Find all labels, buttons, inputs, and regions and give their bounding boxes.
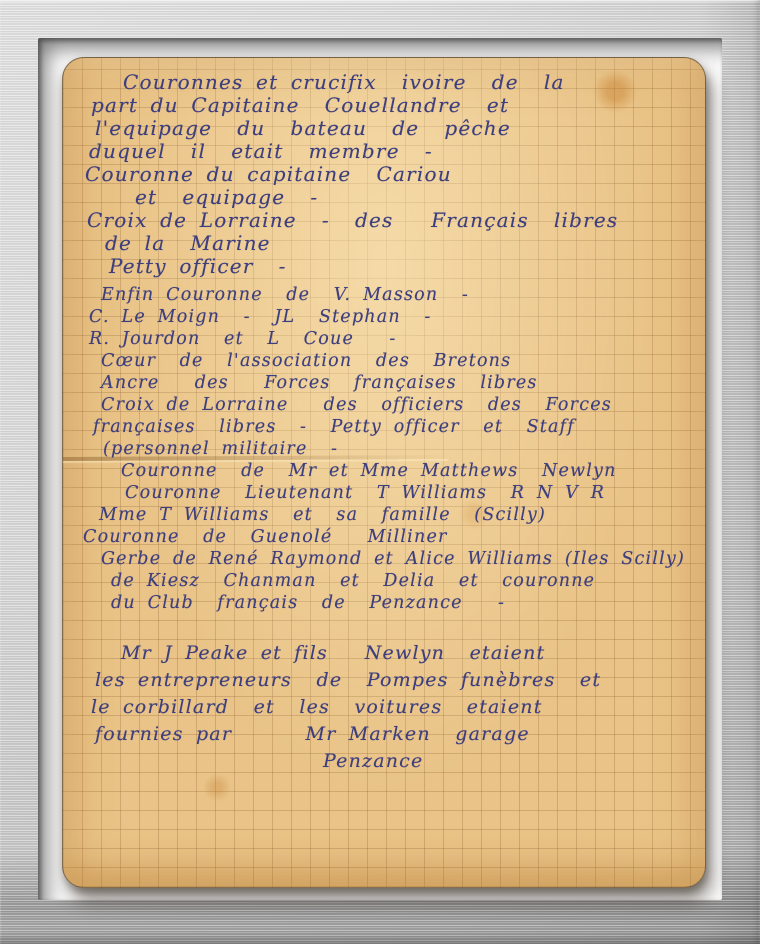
paragraph-wreaths-crew: Couronnes et crucifix ivoire de la part … bbox=[83, 71, 697, 278]
handwritten-line: Couronnes et crucifix ivoire de la bbox=[83, 71, 697, 94]
handwritten-line: Couronne du capitaine Cariou bbox=[83, 163, 697, 186]
handwritten-line: Croix de Lorraine - des Français libres bbox=[83, 209, 697, 232]
paragraph-wreaths-list: Enfin Couronne de V. Masson - C. Le Moig… bbox=[83, 284, 697, 614]
handwritten-line: le corbillard et les voitures etaient bbox=[83, 694, 697, 721]
handwritten-line: part du Capitaine Couellandre et bbox=[83, 94, 697, 117]
handwritten-line: Petty officer - bbox=[83, 255, 697, 278]
handwritten-line: de la Marine bbox=[83, 232, 697, 255]
handwritten-line: les entrepreneurs de Pompes funèbres et bbox=[83, 667, 697, 694]
handwritten-line: Mme T Williams et sa famille (Scilly) bbox=[83, 504, 697, 526]
handwritten-content: Couronnes et crucifix ivoire de la part … bbox=[63, 58, 705, 887]
handwritten-line: C. Le Moign - JL Stephan - bbox=[83, 306, 697, 328]
handwritten-line: Ancre des Forces françaises libres bbox=[83, 372, 697, 394]
handwritten-line: Croix de Lorraine des officiers des Forc… bbox=[83, 394, 697, 416]
notebook-page: Couronnes et crucifix ivoire de la part … bbox=[62, 57, 706, 888]
handwritten-line: Mr J Peake et fils Newlyn etaient bbox=[83, 640, 697, 667]
handwritten-line: Couronne Lieutenant T Williams R N V R bbox=[83, 482, 697, 504]
brushed-metal-frame: Couronnes et crucifix ivoire de la part … bbox=[0, 0, 760, 944]
handwritten-line: duquel il etait membre - bbox=[83, 140, 697, 163]
handwritten-line: Penzance bbox=[83, 748, 697, 775]
handwritten-line: françaises libres - Petty officer et Sta… bbox=[83, 416, 697, 438]
paragraph-undertakers: Mr J Peake et fils Newlyn etaient les en… bbox=[83, 640, 697, 775]
handwritten-line: R. Jourdon et L Coue - bbox=[83, 328, 697, 350]
handwritten-line: Cœur de l'association des Bretons bbox=[83, 350, 697, 372]
handwritten-line: Gerbe de René Raymond et Alice Williams … bbox=[83, 548, 697, 570]
handwritten-line: Couronne de Guenolé Milliner bbox=[83, 526, 697, 548]
handwritten-line: (personnel militaire - bbox=[83, 438, 697, 460]
handwritten-line: du Club français de Penzance - bbox=[83, 592, 697, 614]
handwritten-line: Couronne de Mr et Mme Matthews Newlyn bbox=[83, 460, 697, 482]
handwritten-line: fournies par Mr Marken garage bbox=[83, 721, 697, 748]
handwritten-line: et equipage - bbox=[83, 186, 697, 209]
frame-mat: Couronnes et crucifix ivoire de la part … bbox=[38, 38, 722, 900]
handwritten-line: l'equipage du bateau de pêche bbox=[83, 117, 697, 140]
handwritten-line: Enfin Couronne de V. Masson - bbox=[83, 284, 697, 306]
handwritten-line: de Kiesz Chanman et Delia et couronne bbox=[83, 570, 697, 592]
